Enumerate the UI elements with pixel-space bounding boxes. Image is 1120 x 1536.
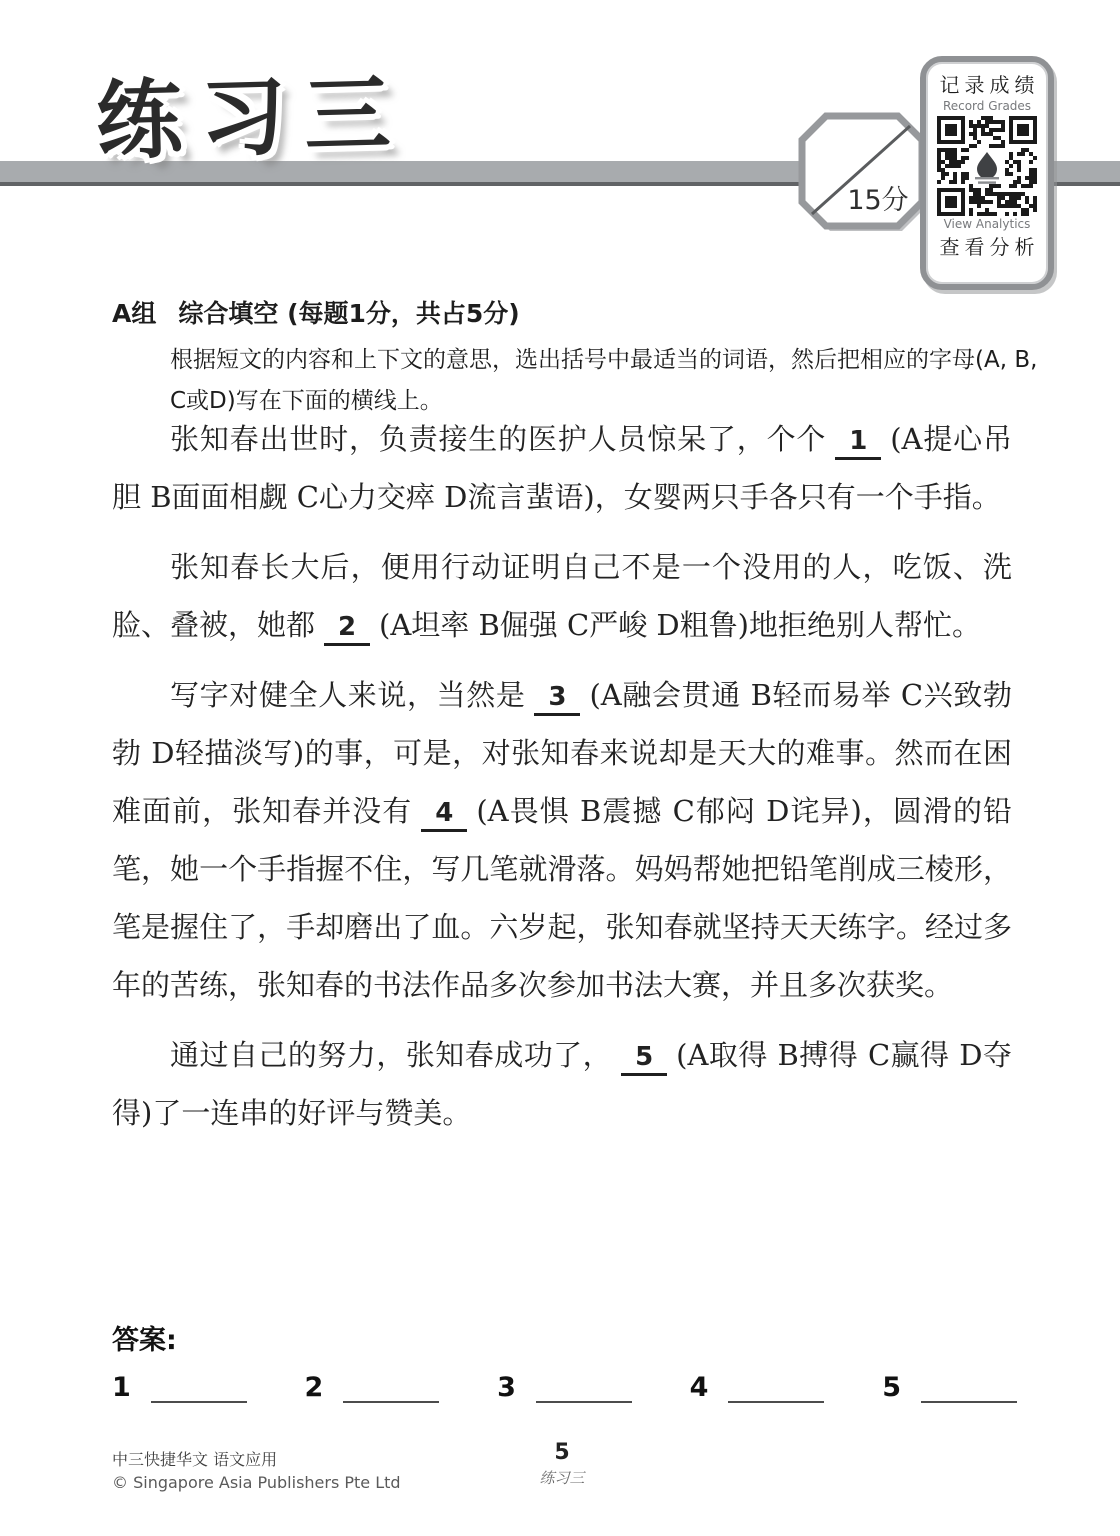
p3-text-pre: 写字对健全人来说，当然是 xyxy=(170,678,525,712)
passage-paragraph-1: 张知春出世时，负责接生的医护人员惊呆了，个个1(A提心吊胆 B面面相觑 C心力交… xyxy=(112,410,1012,526)
p4-text-pre: 通过自己的努力，张知春成功了， xyxy=(170,1038,612,1072)
answer-number-2: 2 xyxy=(305,1372,324,1403)
passage-paragraph-3: 写字对健全人来说，当然是3(A融会贯通 B轻而易举 C兴致勃勃 D轻描淡写)的事… xyxy=(112,666,1012,1014)
answer-blank-line-1 xyxy=(151,1373,247,1403)
qr-title-en: Record Grades xyxy=(926,99,1048,113)
answer-group-5: 5 xyxy=(882,1372,1017,1403)
answer-group-2: 2 xyxy=(305,1372,440,1403)
worksheet-page: 练习三 15分 记录成绩 Record Grades View Analytic… xyxy=(0,0,1120,1536)
p2-text-post: (A坦率 B倔强 C严峻 D粗鲁)地拒绝别人帮忙。 xyxy=(379,608,981,642)
blank-2: 2 xyxy=(324,613,370,646)
answer-blank-line-4 xyxy=(728,1373,824,1403)
qr-footer-en: View Analytics xyxy=(926,217,1048,231)
qr-code xyxy=(937,116,1037,216)
page-footer-label: 练习三 xyxy=(112,1467,1012,1488)
blank-3: 3 xyxy=(534,683,580,716)
answer-blank-line-3 xyxy=(536,1373,632,1403)
answers-heading: 答案: xyxy=(112,1318,177,1357)
score-octagon-shape: 15分 xyxy=(796,110,930,234)
passage: 张知春出世时，负责接生的医护人员惊呆了，个个1(A提心吊胆 B面面相觑 C心力交… xyxy=(112,410,1012,1154)
answer-blank-line-5 xyxy=(921,1373,1017,1403)
score-box: 15分 xyxy=(796,110,930,238)
p1-text-pre: 张知春出世时，负责接生的医护人员惊呆了，个个 xyxy=(170,422,826,456)
answer-group-3: 3 xyxy=(497,1372,632,1403)
answer-number-3: 3 xyxy=(497,1372,516,1403)
answer-group-4: 4 xyxy=(690,1372,825,1403)
page-number: 5 xyxy=(112,1440,1012,1465)
blank-5: 5 xyxy=(621,1043,667,1076)
section-title: 综合填空 (每题1分，共占5分) xyxy=(178,299,519,328)
answer-number-5: 5 xyxy=(882,1372,901,1403)
page-title: 练习三 xyxy=(94,44,409,176)
blank-4: 4 xyxy=(421,799,467,832)
qr-panel: 记录成绩 Record Grades View Analytics 查看分析 xyxy=(920,56,1054,290)
qr-footer-cn: 查看分析 xyxy=(931,231,1048,260)
passage-paragraph-4: 通过自己的努力，张知春成功了，5(A取得 B搏得 C赢得 D夺得)了一连串的好评… xyxy=(112,1026,1012,1142)
answer-number-1: 1 xyxy=(112,1372,131,1403)
section-heading: A组综合填空 (每题1分，共占5分) xyxy=(112,294,1012,330)
passage-paragraph-2: 张知春长大后，便用行动证明自己不是一个没用的人，吃饭、洗脸、叠被，她都2(A坦率… xyxy=(112,538,1012,654)
instructions-line-1: 根据短文的内容和上下文的意思，选出括号中最适当的词语，然后把相应的字母(A, B… xyxy=(170,340,1050,381)
answer-number-4: 4 xyxy=(690,1372,709,1403)
answers-row: 1 2 3 4 5 xyxy=(112,1372,1017,1403)
qr-title-cn: 记录成绩 xyxy=(931,69,1048,98)
answer-group-1: 1 xyxy=(112,1372,247,1403)
section-group-label: A组 xyxy=(112,299,156,328)
answer-blank-line-2 xyxy=(343,1373,439,1403)
footer-page-info: 5 练习三 xyxy=(112,1440,1012,1488)
blank-1: 1 xyxy=(835,427,881,460)
score-label: 15分 xyxy=(847,185,908,216)
